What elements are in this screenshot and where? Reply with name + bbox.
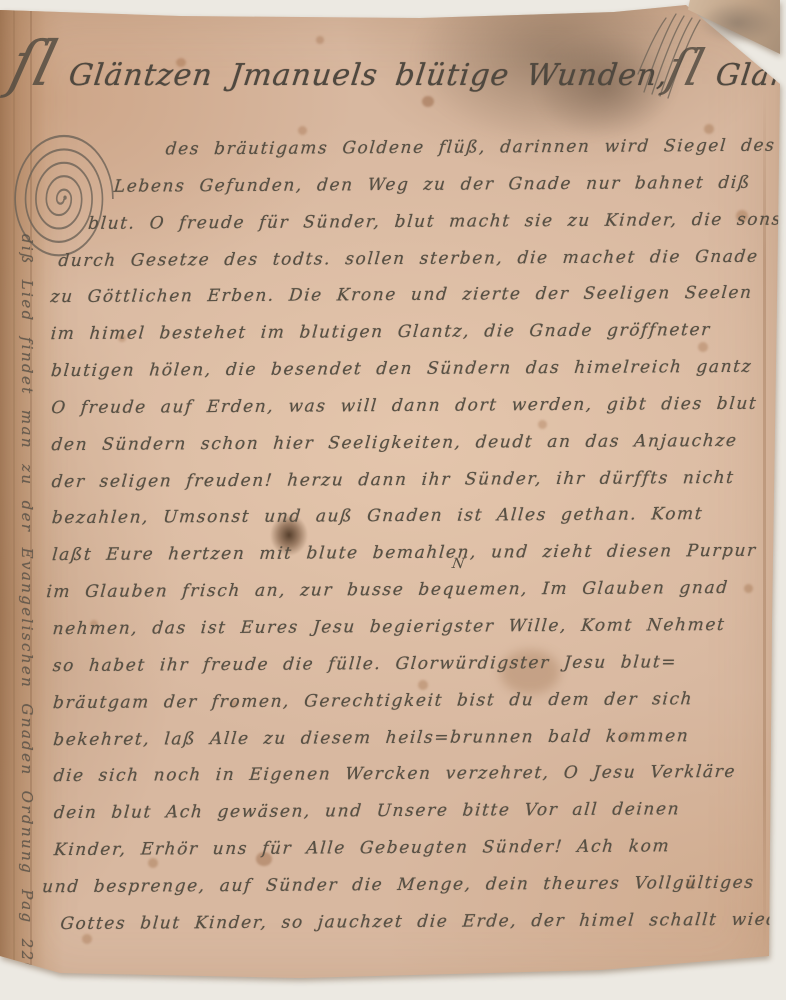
text-line: im himel bestehet im blutigen Glantz, di… <box>0 312 786 354</box>
text-lines: des bräutigams Goldene flüß, darinnen wi… <box>0 128 786 943</box>
correction-mark: N <box>451 556 465 572</box>
text-line: Kinder, Erhör uns für Alle Gebeugten Sün… <box>0 828 786 870</box>
page-wrap: ſl Gläntzen Jmanuels blütige Wunden, ſl … <box>0 0 786 1000</box>
margin-note: diß Lied findet man zu der Evangelischen… <box>18 234 36 982</box>
text-line: laßt Eure hertzen mit blute bemahlen, un… <box>0 533 786 575</box>
text-line: bezahlen, Umsonst und auß Gnaden ist All… <box>0 496 786 538</box>
text-line: des bräutigams Goldene flüß, darinnen wi… <box>0 128 785 170</box>
fold-corner-smudge <box>690 2 776 54</box>
text-line: den Sündern schon hier Seeligkeiten, deu… <box>0 422 786 464</box>
title-text: Gläntzen Jmanuels blütige Wunden, <box>67 58 670 93</box>
text-line: bekehret, laß Alle zu diesem heils=brunn… <box>0 717 786 759</box>
text-line: so habet ihr freude die fülle. Glorwürdi… <box>0 643 786 685</box>
text-line: die sich noch in Eigenen Wercken verzehr… <box>0 754 786 796</box>
text-line: Gottes blut Kinder, so jauchzet die Erde… <box>1 901 786 943</box>
text-line: durch Gesetze des todts. sollen sterben,… <box>0 238 786 280</box>
text-line: O freude auf Erden, was will dann dort w… <box>0 385 786 427</box>
title-tail-text: Gläntzet <box>714 58 786 93</box>
text-line: und besprenge, auf Sünder die Menge, dei… <box>1 864 786 906</box>
title-line: ſl Gläntzen Jmanuels blütige Wunden, ſl … <box>12 58 772 136</box>
text-line: blutigen hölen, die besendet den Sündern… <box>0 349 786 391</box>
text-line: dein blut Ach gewäsen, und Unsere bitte … <box>0 791 786 833</box>
text-line: Lebens Gefunden, den Weg zu der Gnade nu… <box>0 164 785 206</box>
text-line: zu Göttlichen Erben. Die Krone und ziert… <box>0 275 786 317</box>
text-line: der seligen freuden! herzu dann ihr Sünd… <box>0 459 786 501</box>
text-line: im Glauben frisch an, zur busse bequemen… <box>0 570 786 612</box>
text-line: bräutgam der fromen, Gerechtigkeit bist … <box>0 680 786 722</box>
text-line: blut. O freude für Sünder, blut macht si… <box>0 201 786 243</box>
manuscript-page: ſl Gläntzen Jmanuels blütige Wunden, ſl … <box>0 0 786 1000</box>
manuscript-scan: ſl Gläntzen Jmanuels blütige Wunden, ſl … <box>0 0 786 1000</box>
text-line: nehmen, das ist Eures Jesu begierigster … <box>0 607 786 649</box>
foxing-spot <box>316 36 324 44</box>
